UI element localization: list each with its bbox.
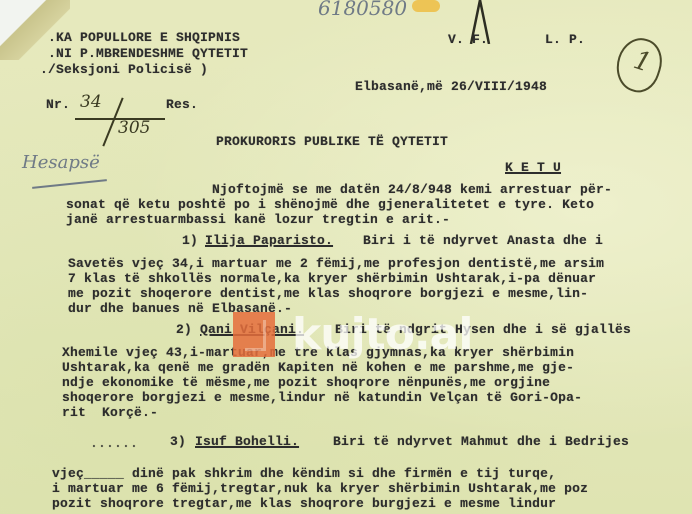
mark-vf: V. F.: [448, 32, 488, 47]
entry-1-first-line: Biri i të ndyrvet Anasta dhe i: [363, 233, 603, 248]
mark-lp: L. P.: [545, 32, 585, 47]
entry-2-line-4: shoqerore borgjezi e mesme,lindur në kat…: [62, 390, 582, 405]
circled-number: 1: [630, 45, 655, 79]
res-label: Res.: [166, 97, 198, 112]
yellow-stain: [412, 0, 440, 12]
header-line-1: .KA POPULLORE E SHQIPNIS: [48, 30, 240, 45]
nr-handwritten-top: 34: [80, 92, 102, 112]
handwritten-archive-number: 6180580: [318, 0, 407, 20]
entry-2-number: 2): [176, 322, 192, 337]
place-date: Elbasanë,më 26/VIII/1948: [355, 79, 547, 94]
entry-2-line-3: ndje ekonomike të mësme,me pozit shoqror…: [62, 375, 550, 390]
intro-line-2: sonat që ketu poshtë po i shënojmë dhe g…: [66, 197, 594, 212]
intro-line-1: Njoftojmë se me datën 24/8/948 kemi arre…: [212, 182, 612, 197]
watermark-text: kujto.al: [292, 309, 472, 360]
entry-1-line-3: me pozit shoqerore dentist,me klas shoqr…: [68, 286, 588, 301]
nr-handwritten-bottom: 305: [118, 118, 150, 138]
handwritten-side-note: Hesapsë: [22, 152, 100, 173]
entry-1-line-2: 7 klas të shkollës normale,ka kryer shër…: [68, 271, 596, 286]
header-line-2: .NI P.MBRENDESHME QYTETIT: [48, 46, 248, 61]
entry-3-line-3: pozit shoqrore tregtar,me klas shoqrore …: [52, 496, 556, 511]
entry-3-name: Isuf Bohelli.: [195, 434, 299, 449]
ketu-heading: K E T U: [505, 160, 561, 175]
nr-label: Nr.: [46, 97, 70, 112]
header-line-3: ./Seksjoni Policisë ): [40, 62, 208, 77]
entry-3-prefix: ......: [90, 436, 138, 451]
entry-3-line-2: i martuar me 6 fëmij,tregtar,nuk ka krye…: [52, 481, 588, 496]
entry-2-line-5: rit Korçë.-: [62, 405, 158, 420]
intro-line-3: janë arrestuarmbassi kanë lozur tregtin …: [66, 212, 450, 227]
watermark-logo-icon: [233, 312, 275, 357]
entry-1-number: 1): [182, 233, 198, 248]
entry-1-line-1: Savetës vjeç 34,i martuar me 2 fëmij,me …: [68, 256, 604, 271]
entry-2-line-2: Ushtarak,ka qenë me gradën Kapiten në ko…: [62, 360, 574, 375]
entry-3-first-line: Biri të ndyrvet Mahmut dhe i Bedrijes: [333, 434, 629, 449]
addressee: PROKURORIS PUBLIKE TË QYTETIT: [216, 134, 448, 149]
entry-3-line-1: vjeç_____ dinë pak shkrim dhe këndim si …: [52, 466, 556, 481]
entry-1-name: Ilija Paparisto.: [205, 233, 333, 248]
entry-3-number: 3): [170, 434, 186, 449]
